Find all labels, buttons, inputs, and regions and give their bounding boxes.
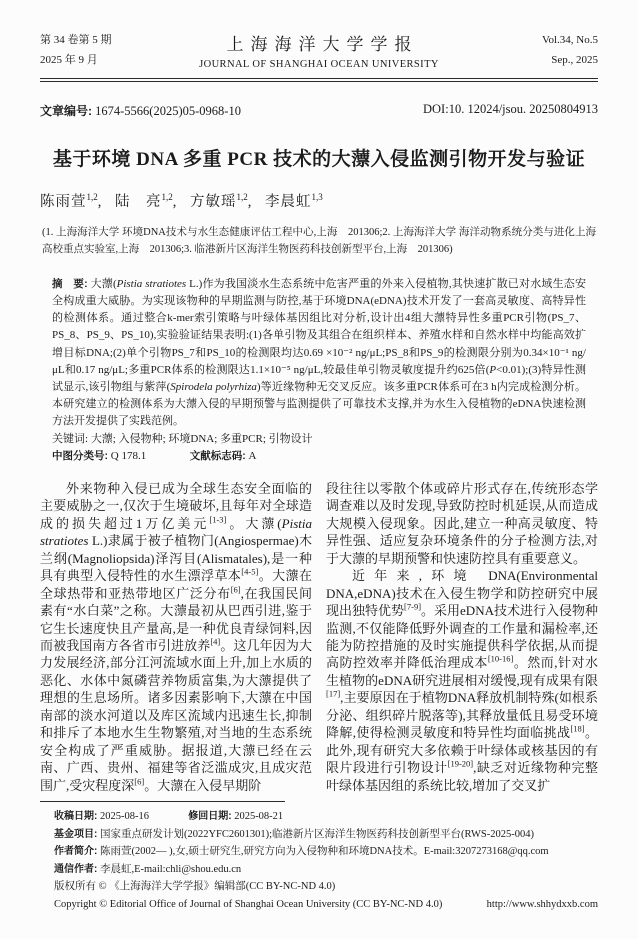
author-name: 李晨虹 <box>265 194 312 210</box>
affiliations: (1. 上海海洋大学 环境DNA技术与水生态健康评估工程中心,上海 201306… <box>40 224 598 258</box>
volume-en: Vol.34, No.5 <box>488 30 598 50</box>
keywords-text: 大薸; 入侵物种; 环境DNA; 多重PCR; 引物设计 <box>91 433 313 445</box>
article-number-label: 文章编号: <box>40 104 92 118</box>
journal-title-cn: 上海海洋大学学报 <box>157 30 488 55</box>
article-meta-line: 文章编号: 1674-5566(2025)05-0968-10 DOI:10. … <box>40 102 598 119</box>
abstract: 摘 要: 大薸(Pistia stratiotes L.)作为我国淡水生态系统中… <box>52 276 586 431</box>
author-superscript: 1,2 <box>87 192 98 202</box>
corresponding-label: 通信作者: <box>54 864 97 875</box>
clc-value: Q 178.1 <box>111 450 146 462</box>
author-bio-text: 陈雨萱(2002— ),女,硕士研究生,研究方向为入侵物种和环境DNA技术。E-… <box>100 846 549 857</box>
issue-date-cn: 2025 年 9 月 <box>40 50 150 70</box>
website-link[interactable]: http://www.shhydxxb.com <box>487 896 598 914</box>
corresponding-author-line: 通信作者: 李晨虹,E-mail:chli@shou.edu.cn <box>54 861 598 879</box>
abstract-label: 摘 要: <box>52 278 88 290</box>
author-name: 陈雨萱 <box>40 194 87 210</box>
dates-line: 收稿日期: 2025-08-16 修回日期: 2025-08-21 <box>54 808 598 826</box>
author-superscript: 1,2 <box>162 192 173 202</box>
fund-line: 基金项目: 国家重点研发计划(2022YFC2601301);临港新片区海洋生物… <box>54 826 598 844</box>
classification-line: 中图分类号: Q 178.1 文献标志码: A <box>52 448 586 465</box>
authors-line: 陈雨萱1,2, 陆 亮1,2, 方敏瑶1,2, 李晨虹1,3 <box>40 190 598 211</box>
author-superscript: 1,3 <box>312 192 323 202</box>
masthead-title: 上海海洋大学学报 JOURNAL OF SHANGHAI OCEAN UNIVE… <box>150 30 488 70</box>
revised-date: 2025-08-21 <box>234 811 283 822</box>
paper-page: 第 34 卷第 5 期 2025 年 9 月 上海海洋大学学报 JOURNAL … <box>0 0 638 939</box>
keywords-label: 关键词: <box>52 433 88 445</box>
copyright-en-text: Copyright © Editorial Office of Journal … <box>54 896 442 914</box>
author: 陆 亮1,2, <box>115 194 185 210</box>
masthead-divider <box>40 78 598 82</box>
journal-title-en: JOURNAL OF SHANGHAI OCEAN UNIVERSITY <box>150 59 488 70</box>
author-separator: , <box>98 194 103 210</box>
footnote-rule <box>40 801 285 802</box>
clc-label: 中图分类号: <box>52 450 108 462</box>
author-name: 陆 亮 <box>115 194 162 210</box>
issue-volume-cn: 第 34 卷第 5 期 <box>40 30 150 50</box>
journal-masthead: 第 34 卷第 5 期 2025 年 9 月 上海海洋大学学报 JOURNAL … <box>40 30 598 71</box>
author: 方敏瑶1,2, <box>190 194 260 210</box>
body-column-left: 外来物种入侵已成为全球生态安全面临的主要威胁之一,仅次于生境破坏,且每年对全球造… <box>40 480 312 794</box>
masthead-issue-en: Vol.34, No.5 Sep., 2025 <box>488 30 598 71</box>
author-name: 方敏瑶 <box>190 194 237 210</box>
keywords-line: 关键词: 大薸; 入侵物种; 环境DNA; 多重PCR; 引物设计 <box>52 431 586 448</box>
body-paragraph-continuation: 段往往以零散个体或碎片形式存在,传统形态学调查难以及时发现,导致防控时机延误,从… <box>326 480 598 567</box>
received-date: 2025-08-16 <box>100 811 149 822</box>
author-bio-label: 作者简介: <box>54 846 97 857</box>
author: 李晨虹1,3 <box>265 194 323 210</box>
received-label: 收稿日期: <box>54 811 97 822</box>
footnote-block: 收稿日期: 2025-08-16 修回日期: 2025-08-21 基金项目: … <box>40 808 598 913</box>
author-superscript: 1,2 <box>237 192 248 202</box>
body-paragraph: 近年来,环境 DNA(Environmental DNA,eDNA)技术在入侵生… <box>326 567 598 794</box>
masthead-issue-cn: 第 34 卷第 5 期 2025 年 9 月 <box>40 30 150 71</box>
issue-date-en: Sep., 2025 <box>488 50 598 70</box>
article-title: 基于环境 DNA 多重 PCR 技术的大薸入侵监测引物开发与验证 <box>40 144 598 171</box>
abstract-text: 大薸(Pistia stratiotes L.)作为我国淡水生态系统中危害严重的… <box>52 278 586 428</box>
author-bio-line: 作者简介: 陈雨萱(2002— ),女,硕士研究生,研究方向为入侵物种和环境DN… <box>54 843 598 861</box>
body-paragraph: 外来物种入侵已成为全球生态安全面临的主要威胁之一,仅次于生境破坏,且每年对全球造… <box>40 480 312 794</box>
doc-code-label: 文献标志码: <box>190 450 246 462</box>
fund-text: 国家重点研发计划(2022YFC2601301);临港新片区海洋生物医药科技创新… <box>100 829 534 840</box>
author: 陈雨萱1,2, <box>40 194 110 210</box>
fund-label: 基金项目: <box>54 829 97 840</box>
body-column-right: 段往往以零散个体或碎片形式存在,传统形态学调查难以及时发现,导致防控时机延误,从… <box>326 480 598 794</box>
author-separator: , <box>173 194 178 210</box>
doi: DOI:10. 12024/jsou. 20250804913 <box>423 102 598 119</box>
revised-label: 修回日期: <box>188 811 231 822</box>
doc-code-value: A <box>248 450 256 462</box>
article-number: 文章编号: 1674-5566(2025)05-0968-10 <box>40 102 241 119</box>
copyright-en-line: Copyright © Editorial Office of Journal … <box>54 896 598 914</box>
article-number-value: 1674-5566(2025)05-0968-10 <box>95 104 241 118</box>
copyright-cn-line: 版权所有 © 《上海海洋大学学报》编辑部(CC BY-NC-ND 4.0) <box>54 878 598 896</box>
corresponding-text: 李晨虹,E-mail:chli@shou.edu.cn <box>100 864 241 875</box>
author-separator: , <box>248 194 253 210</box>
body-columns: 外来物种入侵已成为全球生态安全面临的主要威胁之一,仅次于生境破坏,且每年对全球造… <box>40 480 598 794</box>
